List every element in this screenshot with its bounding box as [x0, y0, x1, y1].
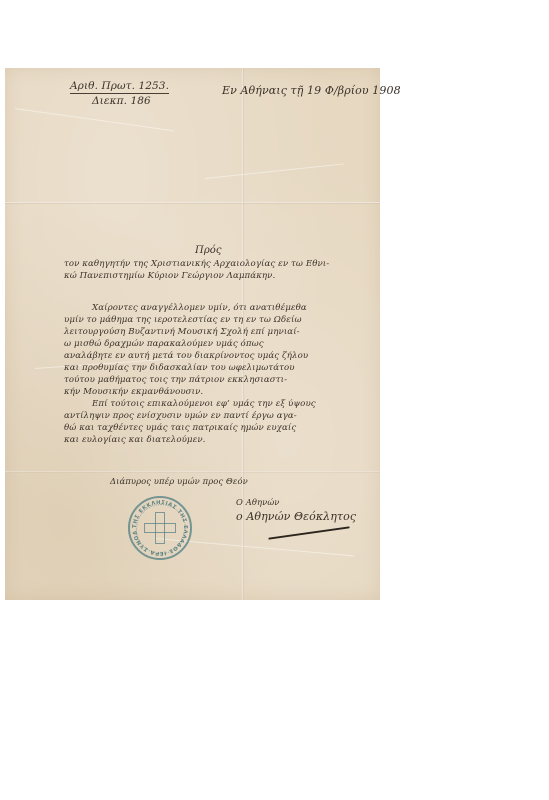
date-line: Εν Αθήναις τῇ 19 Φ/βρίου 1908: [222, 84, 401, 97]
dispatch-number: Διεκπ. 186: [70, 94, 169, 107]
body-line: και ευλογίαις και διατελούμεν.: [64, 435, 205, 445]
body-line: αντίληψιν προς ενίσχυσιν υμών εν παντί έ…: [64, 411, 297, 421]
fold-line-horizontal-lower: [5, 471, 380, 473]
addressee-line: τον καθηγητήν της Χριστιανικής Αρχαιολογ…: [64, 259, 329, 269]
protocol-number: Αριθ. Πρωτ. 1253.: [70, 80, 169, 94]
body-line: τούτου μαθήματος τοις την πάτριον εκκλησ…: [64, 375, 287, 385]
body-line: λειτουργούση Βυζαντινή Μουσική Σχολή επί…: [64, 327, 300, 337]
body-line: αναλάβητε εν αυτή μετά του διακρίνοντος …: [64, 351, 308, 361]
fold-line-horizontal: [5, 202, 380, 204]
body-line: θώ και ταχθέντες υμάς ταις πατρικαίς ημώ…: [64, 423, 296, 433]
signature: ο Αθηνών Θεόκλητος: [236, 510, 356, 523]
official-seal: ΤΗΣ ΕΚΚΛΗΣΙΑΣ ΤΗΣ ΕΛΛΑΔΟΣ ΙΕΡΑ ΣΥΝΟΔΟΣ: [128, 496, 192, 560]
signature-title: Ο Αθηνών: [236, 497, 279, 507]
seal-text-ring: ΤΗΣ ΕΚΚΛΗΣΙΑΣ ΤΗΣ ΕΛΛΑΔΟΣ ΙΕΡΑ ΣΥΝΟΔΟΣ: [130, 498, 190, 558]
paper-crease: [205, 163, 344, 179]
body-line: ω μισθώ δραχμών παρακαλούμεν υμάς όπως: [64, 339, 264, 349]
body-line: κήν Μουσικήν εκμανθάνουσιν.: [64, 387, 203, 397]
seal-text-icon: ΤΗΣ ΕΚΚΛΗΣΙΑΣ ΤΗΣ ΕΛΛΑΔΟΣ ΙΕΡΑ ΣΥΝΟΔΟΣ: [130, 498, 190, 558]
body-line: Χαίροντες αναγγέλλομεν υμίν, ότι ανατιθέ…: [64, 303, 307, 313]
paper-crease: [15, 108, 174, 131]
closing-line: Διάπυρος υπέρ υμών προς Θεόν: [110, 476, 248, 486]
addressee-line: κώ Πανεπιστημίω Κύριον Γεώργιον Λαμπάκην…: [64, 271, 275, 281]
svg-text:ΤΗΣ ΕΚΚΛΗΣΙΑΣ ΤΗΣ ΕΛΛΑΔΟΣ ΙΕΡΑ: ΤΗΣ ΕΚΚΛΗΣΙΑΣ ΤΗΣ ΕΛΛΑΔΟΣ ΙΕΡΑ ΣΥΝΟΔΟΣ: [130, 498, 188, 556]
body-line: υμίν το μάθημα της ιεροτελεστίας εν τη ε…: [64, 315, 302, 325]
body-line: και προθυμίας την διδασκαλίαν του ωφελιμ…: [64, 363, 295, 373]
body-line: Επί τούτοις επικαλούμενοι εφ’ υμάς την ε…: [64, 399, 316, 409]
reference-number: Αριθ. Πρωτ. 1253. Διεκπ. 186: [70, 80, 169, 107]
addressee-title: Πρός: [195, 245, 222, 256]
